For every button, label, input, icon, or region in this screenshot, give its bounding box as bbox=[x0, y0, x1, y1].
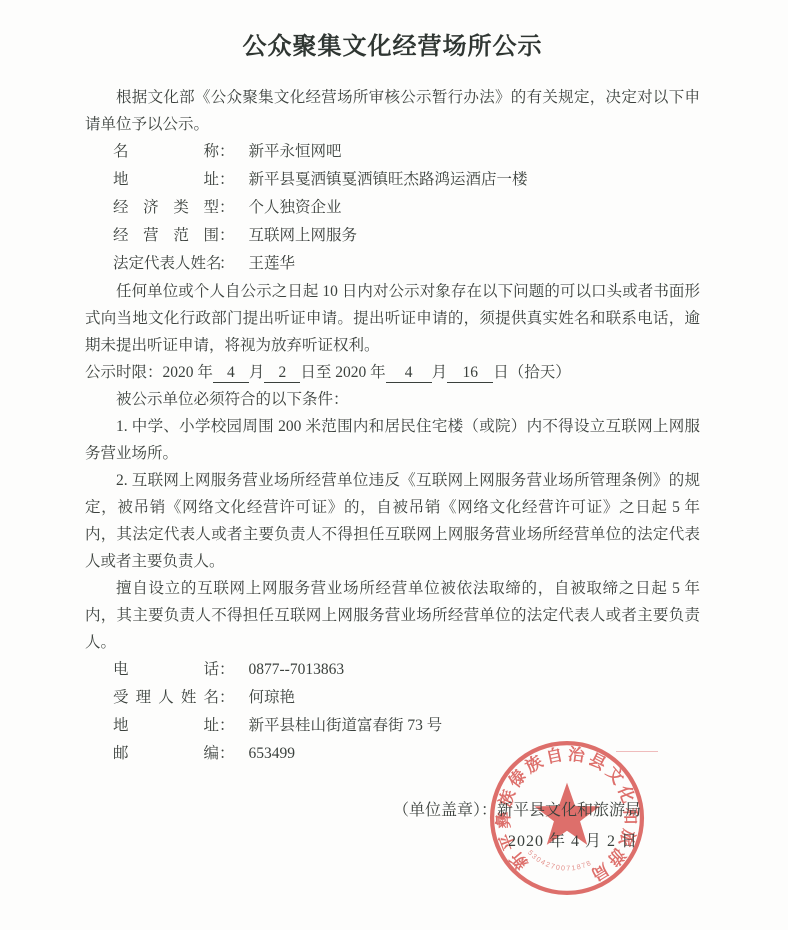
period-prefix: 公示时限：2020 年 bbox=[85, 364, 213, 381]
field-colon: ： bbox=[219, 138, 235, 166]
unit-seal-line: （单位盖章）：新平县文化和旅游局 bbox=[393, 797, 641, 824]
field-row-handler-name: 受理人姓名：何琼艳 bbox=[85, 684, 700, 712]
field-colon: ： bbox=[219, 194, 235, 222]
field-colon: ： bbox=[219, 166, 235, 194]
field-label: 受理人姓名 bbox=[113, 684, 219, 712]
field-colon: ： bbox=[219, 712, 235, 740]
field-label: 地址 bbox=[113, 166, 219, 194]
unit-name: 新平县文化和旅游局 bbox=[497, 802, 641, 819]
period-suffix: 日（拾天） bbox=[493, 364, 571, 381]
field-label: 经济类型 bbox=[113, 194, 219, 222]
unit-seal-label: （单位盖章）： bbox=[393, 802, 497, 819]
page-title: 公众聚集文化经营场所公示 bbox=[85, 32, 700, 62]
field-row-address: 地址：新平县戛洒镇戛洒镇旺杰路鸿运酒店一楼 bbox=[85, 166, 700, 194]
unauthorized-paragraph: 擅自设立的互联网上网服务营业场所经营单位被依法取缔的，自被取缔之日起 5 年内，… bbox=[85, 575, 700, 656]
field-colon: ： bbox=[219, 656, 235, 684]
field-label: 名称 bbox=[113, 138, 219, 166]
field-row-office-address: 地址：新平县桂山街道富春街 73 号 bbox=[85, 712, 700, 740]
field-value: 653499 bbox=[249, 745, 296, 762]
field-row-legal-representative: 法定代表人姓名：王莲华 bbox=[85, 250, 700, 278]
period-month-to: 4 bbox=[386, 364, 432, 383]
period-sep: 月 bbox=[432, 364, 448, 381]
field-label: 法定代表人姓名 bbox=[113, 250, 219, 278]
field-colon: ： bbox=[219, 222, 235, 250]
publicity-period-line: 公示时限：2020 年4月2日至 2020 年4月16日（拾天） bbox=[85, 359, 700, 386]
field-value: 王莲华 bbox=[249, 255, 296, 272]
signature-block: （单位盖章）：新平县文化和旅游局 2020 年 4 月 2 日 bbox=[393, 797, 641, 855]
field-value: 新平县戛洒镇戛洒镇旺杰路鸿运酒店一楼 bbox=[249, 171, 528, 188]
signature-date: 2020 年 4 月 2 日 bbox=[393, 828, 641, 855]
field-value: 何琼艳 bbox=[249, 689, 296, 706]
field-row-name: 名称：新平永恒网吧 bbox=[85, 138, 700, 166]
period-sep: 日至 2020 年 bbox=[300, 364, 385, 381]
field-colon: ： bbox=[219, 250, 235, 278]
field-label: 地址 bbox=[113, 712, 219, 740]
field-row-phone: 电话：0877--7013863 bbox=[85, 656, 700, 684]
field-colon: ： bbox=[219, 684, 235, 712]
field-value: 个人独资企业 bbox=[249, 199, 342, 216]
field-value: 新平县桂山街道富春街 73 号 bbox=[249, 717, 443, 734]
document-page: 公众聚集文化经营场所公示 根据文化部《公众聚集文化经营场所审核公示暂行办法》的有… bbox=[0, 0, 788, 930]
field-label: 经营范围 bbox=[113, 222, 219, 250]
period-day-to: 16 bbox=[447, 364, 493, 383]
hearing-paragraph: 任何单位或个人自公示之日起 10 日内对公示对象存在以下问题的可以口头或者书面形… bbox=[85, 278, 700, 359]
field-value: 互联网上网服务 bbox=[249, 227, 358, 244]
field-value: 0877--7013863 bbox=[249, 661, 345, 678]
field-row-economic-type: 经济类型：个人独资企业 bbox=[85, 194, 700, 222]
intro-paragraph: 根据文化部《公众聚集文化经营场所审核公示暂行办法》的有关规定，决定对以下申请单位… bbox=[85, 84, 700, 138]
field-value: 新平永恒网吧 bbox=[249, 143, 342, 160]
period-month-from: 4 bbox=[213, 364, 249, 383]
field-row-business-scope: 经营范围：互联网上网服务 bbox=[85, 222, 700, 250]
field-label: 电话 bbox=[113, 656, 219, 684]
condition-2: 2. 互联网上网服务营业场所经营单位违反《互联网上网服务营业场所管理条例》的规定… bbox=[85, 467, 700, 575]
conditions-intro: 被公示单位必须符合的以下条件： bbox=[85, 386, 700, 413]
field-colon: ： bbox=[219, 740, 235, 768]
applicant-fields: 名称：新平永恒网吧 地址：新平县戛洒镇戛洒镇旺杰路鸿运酒店一楼 经济类型：个人独… bbox=[85, 138, 700, 278]
period-day-from: 2 bbox=[264, 364, 300, 383]
condition-1: 1. 中学、小学校园周围 200 米范围内和居民住宅楼（或院）内不得设立互联网上… bbox=[85, 413, 700, 467]
period-sep: 月 bbox=[249, 364, 265, 381]
field-label: 邮编 bbox=[113, 740, 219, 768]
